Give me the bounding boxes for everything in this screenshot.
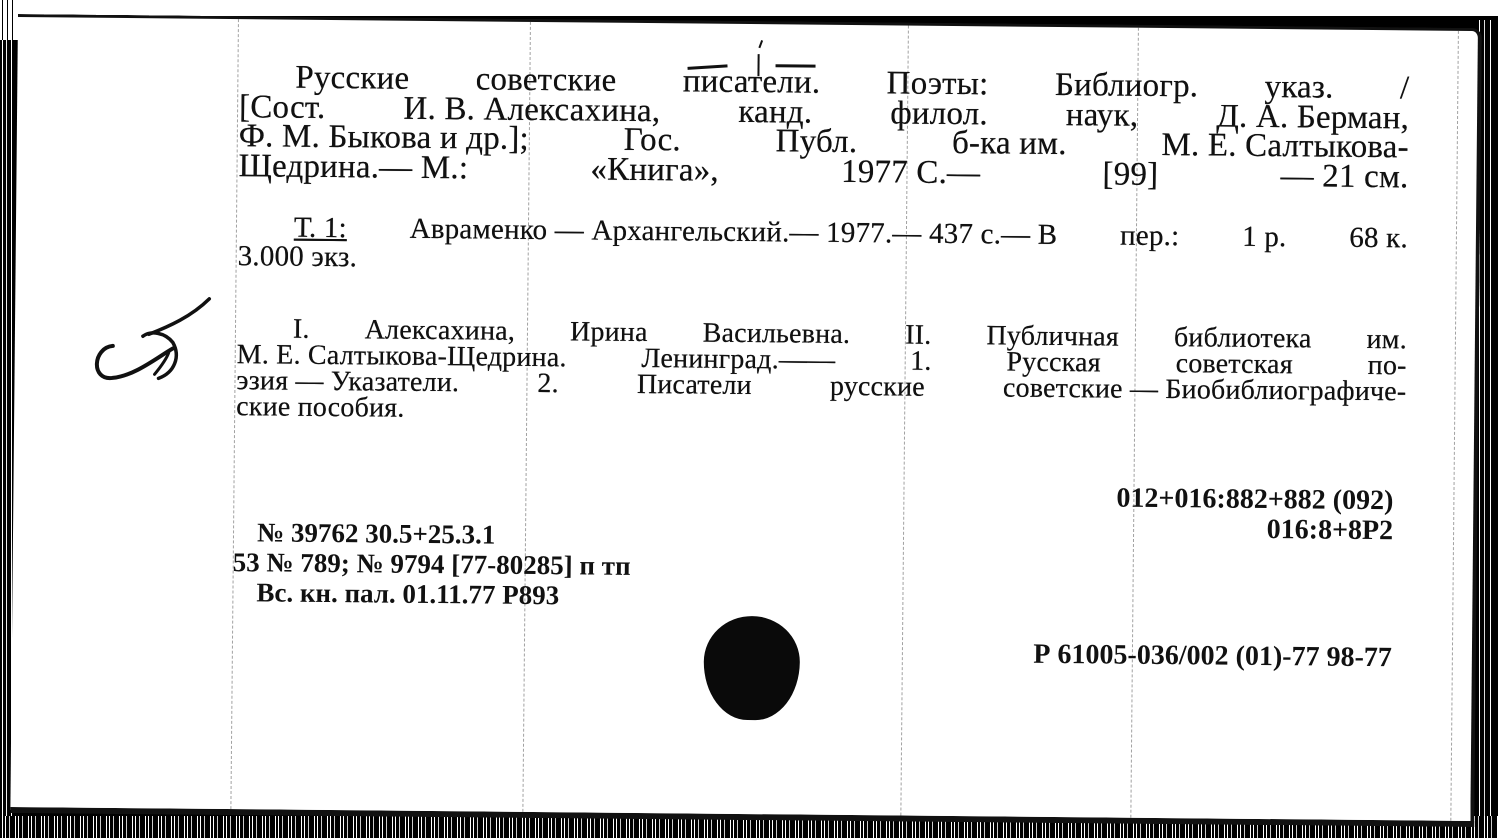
catalog-card: Русскиесоветскиеписатели.Поэты:Библиогр.… xyxy=(10,14,1482,827)
price-code: Р 61005-036/002 (01)-77 98-77 xyxy=(1033,639,1392,674)
text-segment: «Книга», xyxy=(590,155,719,186)
text-segment: 68 к. xyxy=(1349,224,1408,254)
text-segment: [99] xyxy=(1102,160,1158,190)
text-segment: ские пособия. xyxy=(236,391,405,424)
text-segment: русские xyxy=(830,374,925,401)
text-segment: советские — Биобиблиографиче- xyxy=(1003,375,1407,405)
text-segment: Т. 1: xyxy=(294,214,347,244)
text-segment: Авраменко — Архангельский.— 1977.— 437 с… xyxy=(410,215,1058,250)
text-segment: пер.: xyxy=(1120,222,1179,252)
text-segment: 1 р. xyxy=(1242,223,1287,252)
text-segment: наук, xyxy=(1066,101,1139,131)
card-punch-hole xyxy=(703,616,800,721)
production-line: № 39762 30.5+25.3.1 xyxy=(233,517,631,551)
production-line: 53 № 789; № 9794 [77-80285] п тп xyxy=(233,547,631,581)
text-segment: 2. xyxy=(537,371,559,397)
production-line: Вс. кн. пал. 01.11.77 Р893 xyxy=(232,577,630,611)
bibliographic-title-block: Русскиесоветскиеписатели.Поэты:Библиогр.… xyxy=(238,63,1409,192)
text-segment: 1977 С.— xyxy=(841,157,980,188)
classification-codes: 012+016:882+882 (092) 016:8+8Р2 xyxy=(1116,484,1393,547)
subject-tracings: I.Алексахина,ИринаВасильевна.II.Публична… xyxy=(236,316,1407,431)
text-segment: — 21 см. xyxy=(1280,162,1408,193)
production-info: № 39762 30.5+25.3.1 53 № 789; № 9794 [77… xyxy=(232,517,631,611)
text-segment: Ирина xyxy=(570,319,648,346)
text-segment: Щедрина.— М.: xyxy=(238,152,468,184)
classification-line: 012+016:882+882 (092) xyxy=(1116,484,1393,517)
scan-artifact-line xyxy=(1450,31,1459,821)
text-segment: 3.000 экз. xyxy=(238,240,358,273)
scan-top-margin xyxy=(0,0,1498,16)
handwritten-mark-icon xyxy=(72,286,223,407)
classification-line: 016:8+8Р2 xyxy=(1116,514,1393,547)
text-segment: Писатели xyxy=(637,372,752,399)
scan-left-edge-top xyxy=(0,0,18,40)
volume-description: Т. 1:Авраменко — Архангельский.— 1977.— … xyxy=(238,213,1409,282)
